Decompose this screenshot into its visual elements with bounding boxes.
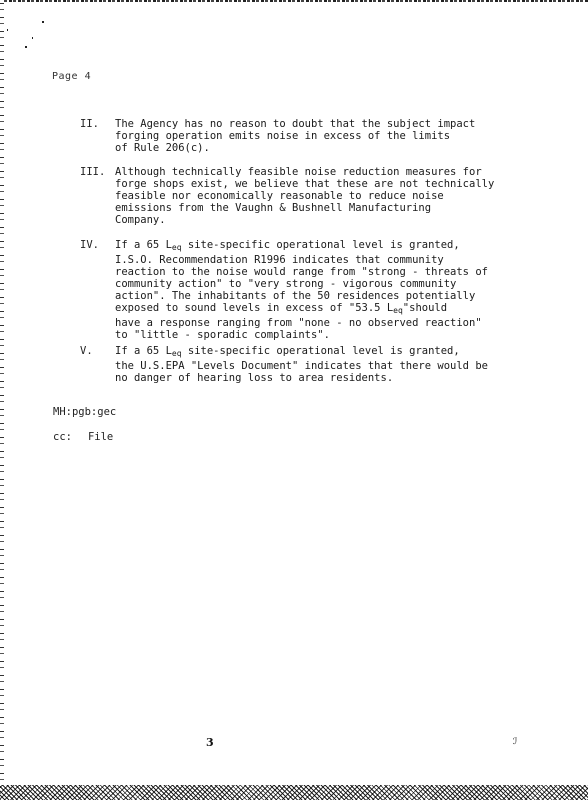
cc-value: File: [88, 431, 113, 443]
item-numeral: III.: [80, 166, 115, 226]
finding-item-iv: IV. If a 65 Leq site-specific operationa…: [80, 239, 550, 341]
finding-item-ii: II. The Agency has no reason to doubt th…: [80, 118, 550, 154]
text-segment: If a 65 L: [115, 239, 172, 251]
cc-line: cc: File: [53, 431, 113, 443]
typist-initials: MH:pgb:gec: [53, 406, 116, 418]
item-numeral: II.: [80, 118, 115, 154]
page-number: 3: [206, 736, 214, 749]
subscript-eq: eq: [172, 349, 182, 358]
text-segment: If a 65 L: [115, 345, 172, 357]
document-page: Page 4 II. The Agency has no reason to d…: [0, 0, 588, 800]
handwritten-mark: ℐ: [513, 737, 517, 747]
scan-speck: [25, 46, 27, 48]
page-header: Page 4: [52, 71, 91, 82]
item-numeral: IV.: [80, 239, 115, 341]
finding-item-iii: III. Although technically feasible noise…: [80, 166, 550, 226]
cc-label: cc:: [53, 431, 72, 443]
item-text: If a 65 Leq site-specific operational le…: [115, 239, 550, 341]
scan-border-left: [0, 0, 4, 800]
subscript-eq: eq: [172, 243, 182, 252]
scan-speck: [7, 29, 8, 31]
item-text: If a 65 Leq site-specific operational le…: [115, 345, 550, 384]
subscript-eq: eq: [393, 306, 403, 315]
scan-border-bottom: [0, 785, 588, 800]
item-text: The Agency has no reason to doubt that t…: [115, 118, 550, 154]
scan-border-top: [0, 0, 588, 2]
scan-speck: [42, 21, 44, 23]
item-numeral: V.: [80, 345, 115, 384]
finding-item-v: V. If a 65 Leq site-specific operational…: [80, 345, 550, 384]
item-text: Although technically feasible noise redu…: [115, 166, 550, 226]
scan-speck: [32, 37, 33, 39]
